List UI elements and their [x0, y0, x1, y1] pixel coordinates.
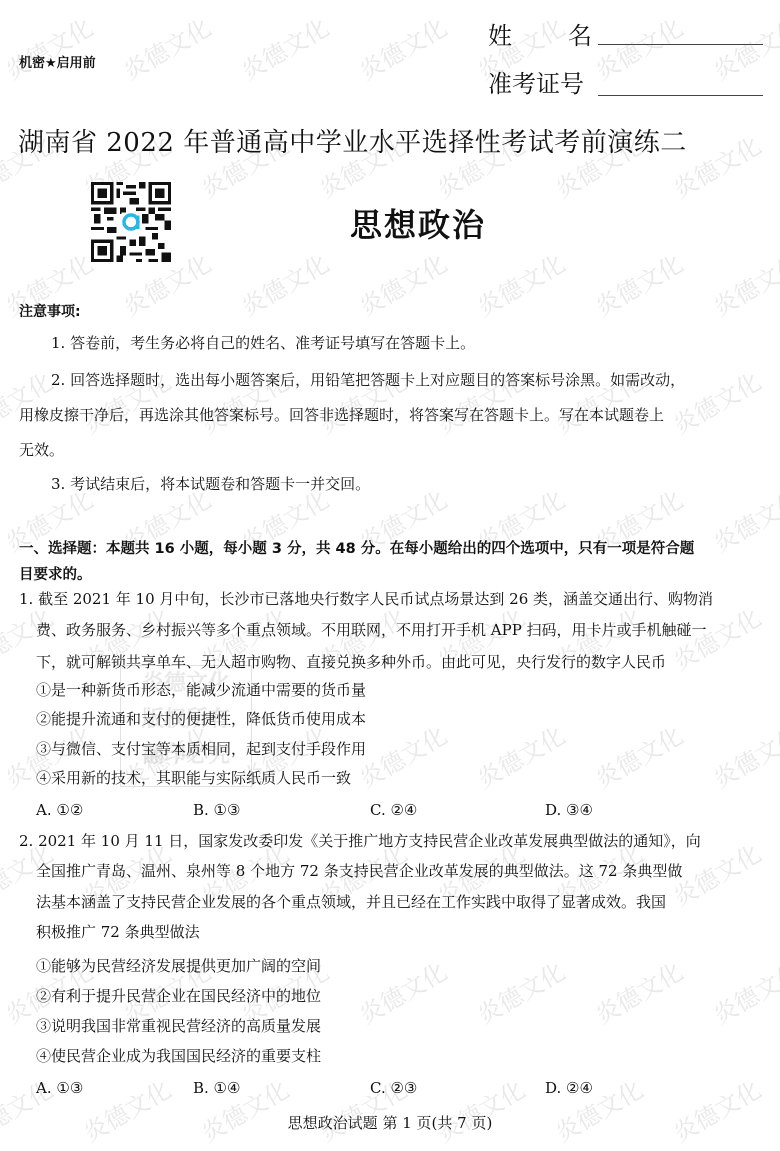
notice-title: 注意事项:	[19, 301, 81, 321]
statement: ④采用新的技术，其职能与实际纸质人民币一致	[36, 768, 351, 788]
subject-title: 思想政治	[350, 200, 486, 246]
question-stem: 法基本涵盖了支持民营企业发展的各个重点领域，并且已经在工作实践中取得了显著成效。…	[36, 892, 666, 912]
name-label-part: 姓	[488, 22, 512, 50]
qr-code-icon	[91, 182, 171, 262]
question-stem: 2. 2021 年 10 月 11 日，国家发改委印发《关于推广地方支持民营企业…	[19, 831, 701, 851]
name-field-label: 姓名	[488, 16, 592, 51]
option-c[interactable]: C. ②③	[370, 1079, 417, 1097]
question-stem: 积极推广 72 条典型做法	[36, 922, 200, 942]
secret-label: 机密★启用前	[19, 52, 96, 71]
option-d[interactable]: D. ③④	[545, 801, 593, 819]
option-c[interactable]: C. ②④	[370, 801, 417, 819]
exam-title: 湖南省 2022 年普通高中学业水平选择性考试考前演练二	[18, 122, 687, 159]
section-heading: 一、选择题：本题共 16 小题，每小题 3 分，共 48 分。在每小题给出的四个…	[19, 537, 694, 558]
section-heading: 目要求的。	[19, 563, 92, 584]
option-a[interactable]: A. ①③	[36, 1079, 83, 1097]
notice-item: 3. 考试结束后，将本试题卷和答题卡一并交回。	[51, 474, 370, 494]
statement: ③与微信、支付宝等本质相同，起到支付手段作用	[36, 739, 366, 759]
question-stem: 1. 截至 2021 年 10 月中旬，长沙市已落地央行数字人民币试点场景达到 …	[19, 589, 713, 609]
notice-item: 无效。	[19, 440, 64, 460]
exam-id-input-line[interactable]	[598, 95, 763, 96]
statement: ①是一种新货币形态，能减少流通中需要的货币量	[36, 680, 366, 700]
page-footer: 思想政治试题 第 1 页(共 7 页)	[0, 1112, 780, 1133]
option-b[interactable]: B. ①③	[193, 801, 240, 819]
option-a[interactable]: A. ①②	[36, 801, 83, 819]
statement: ①能够为民营经济发展提供更加广阔的空间	[36, 956, 321, 976]
notice-item: 1. 答卷前，考生务必将自己的姓名、准考证号填写在答题卡上。	[51, 333, 475, 353]
name-input-line[interactable]	[598, 44, 763, 45]
notice-item: 用橡皮擦干净后，再选涂其他答案标号。回答非选择题时，将答案写在答题卡上。写在本试…	[19, 405, 664, 425]
notice-item: 2. 回答选择题时，选出每小题答案后，用铅笔把答题卡上对应题目的答案标号涂黑。如…	[51, 370, 685, 390]
question-stem: 下，就可解锁共享单车、无人超市购物、直接兑换多种外币。由此可见，央行发行的数字人…	[36, 652, 666, 672]
question-stem: 费、政务服务、乡村振兴等多个重点领域。不用联网，不用打开手机 APP 扫码，用卡…	[36, 620, 707, 640]
question-stem: 全国推广青岛、温州、泉州等 8 个地方 72 条支持民营企业改革发展的典型做法。…	[36, 861, 682, 881]
statement: ②能提升流通和支付的便捷性，降低货币使用成本	[36, 709, 366, 729]
name-label-part: 名	[568, 22, 592, 50]
option-b[interactable]: B. ①④	[193, 1079, 240, 1097]
statement: ④使民营企业成为我国国民经济的重要支柱	[36, 1046, 321, 1066]
option-d[interactable]: D. ②④	[545, 1079, 593, 1097]
exam-id-label: 准考证号	[488, 64, 584, 99]
statement: ③说明我国非常重视民营经济的高质量发展	[36, 1016, 321, 1036]
exam-page: 机密★启用前 姓名 准考证号 湖南省 2022 年普通高中学业水平选择性考试考前…	[0, 0, 780, 1151]
statement: ②有利于提升民营企业在国民经济中的地位	[36, 986, 321, 1006]
